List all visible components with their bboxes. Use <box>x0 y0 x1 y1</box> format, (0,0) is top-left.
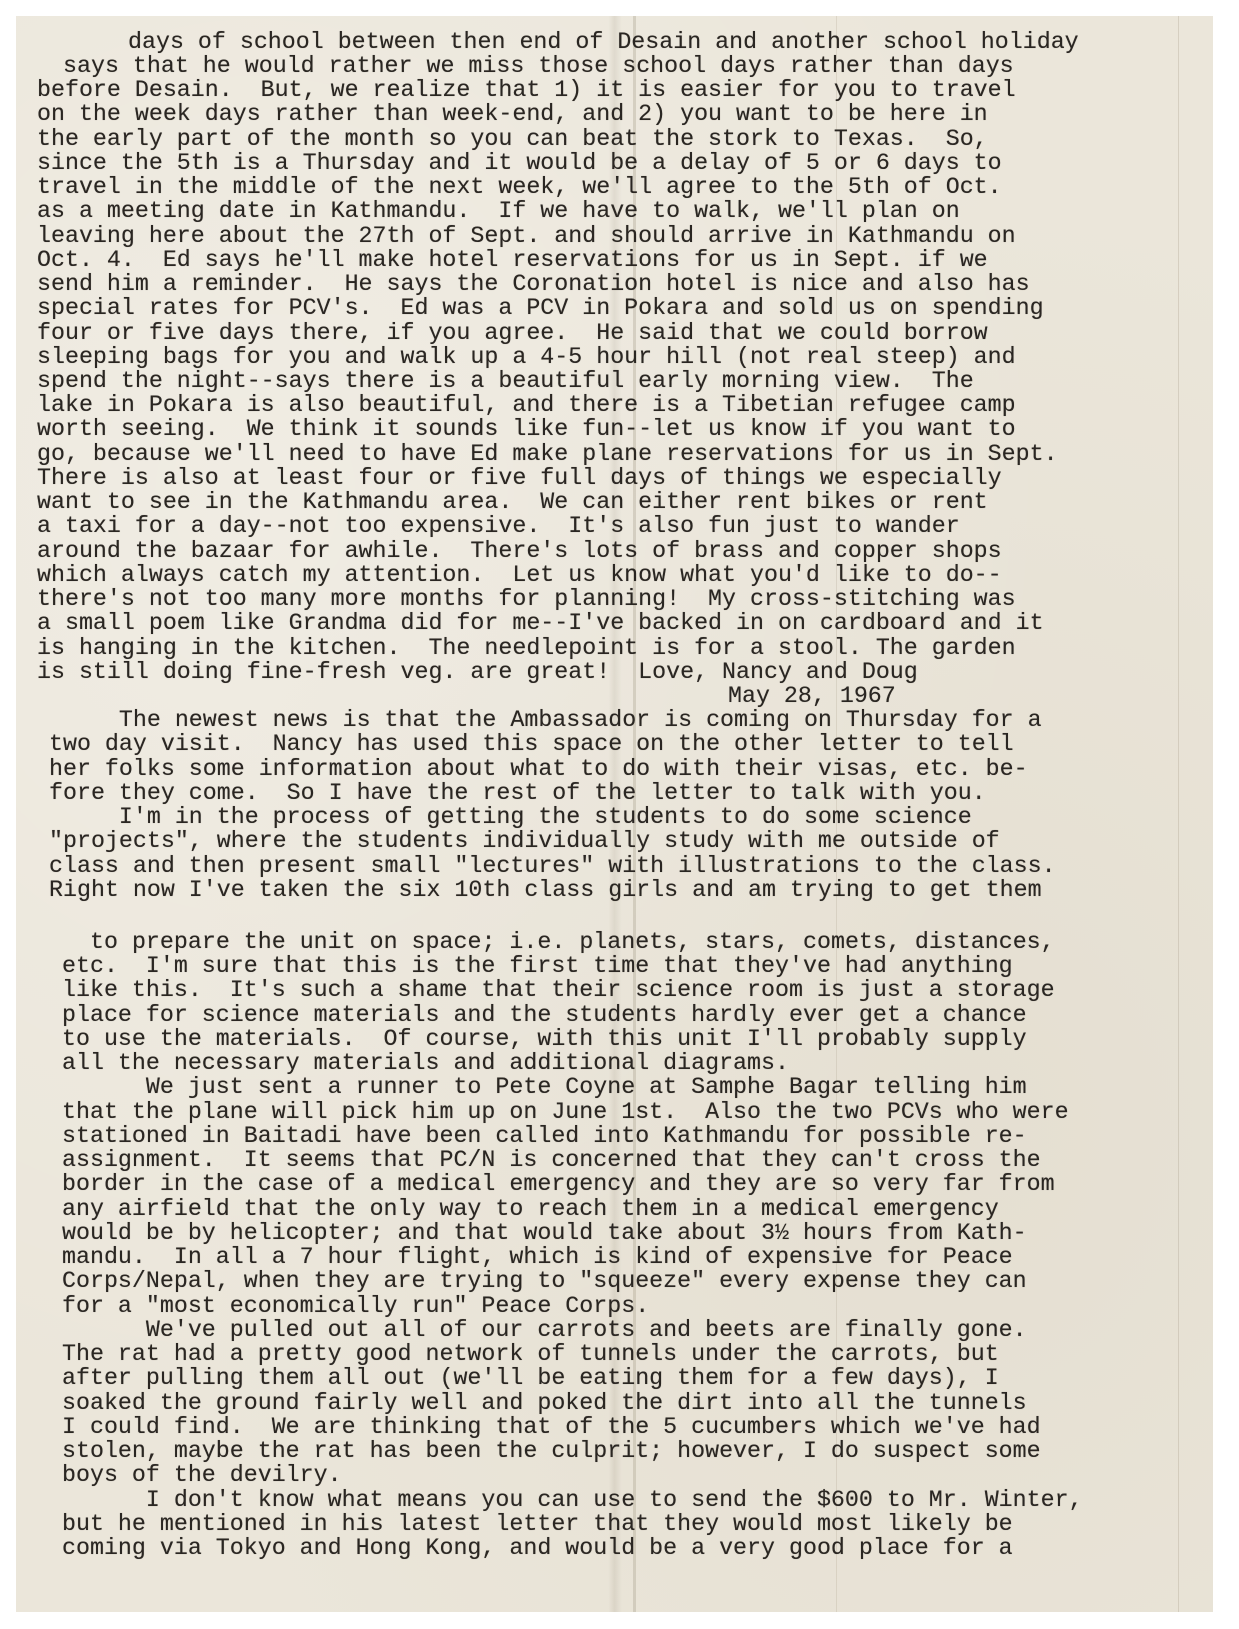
text-line: is hanging in the kitchen. The needlepoi… <box>37 636 1016 660</box>
text-line: lake in Pokara is also beautiful, and th… <box>37 393 1016 417</box>
text-line: I don't know what means you can use to s… <box>62 1488 1083 1512</box>
text-line: I could find. We are thinking that of th… <box>62 1415 1041 1439</box>
text-line: Oct. 4. Ed says he'll make hotel reserva… <box>37 248 988 272</box>
text-line: there's not too many more months for pla… <box>37 587 1016 611</box>
text-line: as a meeting date in Kathmandu. If we ha… <box>37 199 960 223</box>
text-line: a small poem like Grandma did for me--I'… <box>37 611 1044 635</box>
text-line: The newest news is that the Ambassador i… <box>49 708 1042 732</box>
text-line: coming via Tokyo and Hong Kong, and woul… <box>62 1536 1013 1560</box>
text-line: assignment. It seems that PC/N is concer… <box>62 1148 1041 1172</box>
text-line: days of school between then end of Desai… <box>128 30 1079 54</box>
text-line: class and then present small "lectures" … <box>49 854 1056 878</box>
text-line: after pulling them all out (we'll be eat… <box>62 1366 999 1390</box>
text-line: want to see in the Kathmandu area. We ca… <box>37 490 988 514</box>
text-line: place for science materials and the stud… <box>62 1003 1027 1027</box>
text-line: There is also at least four or five full… <box>37 466 1002 490</box>
text-line: around the bazaar for awhile. There's lo… <box>37 539 1002 563</box>
text-line: border in the case of a medical emergenc… <box>62 1172 1055 1196</box>
text-line: stolen, maybe the rat has been the culpr… <box>62 1439 1041 1463</box>
text-line: stationed in Baitadi have been called in… <box>62 1124 1027 1148</box>
letter-date: May 28, 1967 <box>728 684 896 708</box>
text-line: special rates for PCV's. Ed was a PCV in… <box>37 296 1044 320</box>
text-line: to prepare the unit on space; i.e. plane… <box>90 930 1055 954</box>
text-line: I'm in the process of getting the studen… <box>49 805 972 829</box>
text-line: which always catch my attention. Let us … <box>37 563 1002 587</box>
text-line: go, because we'll need to have Ed make p… <box>37 442 1058 466</box>
text-line: "projects", where the students individua… <box>49 829 1000 853</box>
text-line: her folks some information about what to… <box>49 757 1028 781</box>
paper-edge-shadow <box>1178 16 1179 1612</box>
text-line: mandu. In all a 7 hour flight, which is … <box>62 1245 1013 1269</box>
text-line: Corps/Nepal, when they are trying to "sq… <box>62 1269 1027 1293</box>
text-line: a taxi for a day--not too expensive. It'… <box>37 514 960 538</box>
text-line: would be by helicopter; and that would t… <box>62 1221 1027 1245</box>
text-line: on the week days rather than week-end, a… <box>37 102 988 126</box>
text-line: says that he would rather we miss those … <box>63 54 1014 78</box>
text-line: the early part of the month so you can b… <box>37 127 988 151</box>
text-line: two day visit. Nancy has used this space… <box>49 732 1014 756</box>
text-line: Right now I've taken the six 10th class … <box>49 878 1042 902</box>
text-line: before Desain. But, we realize that 1) i… <box>37 78 1016 102</box>
text-line: send him a reminder. He says the Coronat… <box>37 272 1030 296</box>
text-line: for a "most economically run" Peace Corp… <box>62 1294 649 1318</box>
text-line: four or five days there, if you agree. H… <box>37 321 988 345</box>
text-line: etc. I'm sure that this is the first tim… <box>62 954 1013 978</box>
letter-page: days of school between then end of Desai… <box>16 16 1213 1612</box>
text-line: since the 5th is a Thursday and it would… <box>37 151 1002 175</box>
text-line: sleeping bags for you and walk up a 4-5 … <box>37 345 1016 369</box>
text-line: that the plane will pick him up on June … <box>62 1100 1069 1124</box>
text-line: all the necessary materials and addition… <box>62 1051 789 1075</box>
text-line: any airfield that the only way to reach … <box>62 1197 999 1221</box>
text-line: is still doing fine-fresh veg. are great… <box>37 660 918 684</box>
text-line: soaked the ground fairly well and poked … <box>62 1391 1027 1415</box>
text-line: leaving here about the 27th of Sept. and… <box>37 224 1016 248</box>
text-line: like this. It's such a shame that their … <box>62 978 1055 1002</box>
text-line: We've pulled out all of our carrots and … <box>62 1318 1027 1342</box>
text-line: but he mentioned in his latest letter th… <box>62 1512 1013 1536</box>
text-line: The rat had a pretty good network of tun… <box>62 1342 999 1366</box>
text-line: fore they come. So I have the rest of th… <box>49 781 986 805</box>
text-line: worth seeing. We think it sounds like fu… <box>37 417 1016 441</box>
text-line: spend the night--says there is a beautif… <box>37 369 974 393</box>
text-line: to use the materials. Of course, with th… <box>62 1027 1027 1051</box>
text-line: travel in the middle of the next week, w… <box>37 175 1002 199</box>
text-line: boys of the devilry. <box>62 1463 342 1487</box>
text-line: We just sent a runner to Pete Coyne at S… <box>62 1075 1027 1099</box>
